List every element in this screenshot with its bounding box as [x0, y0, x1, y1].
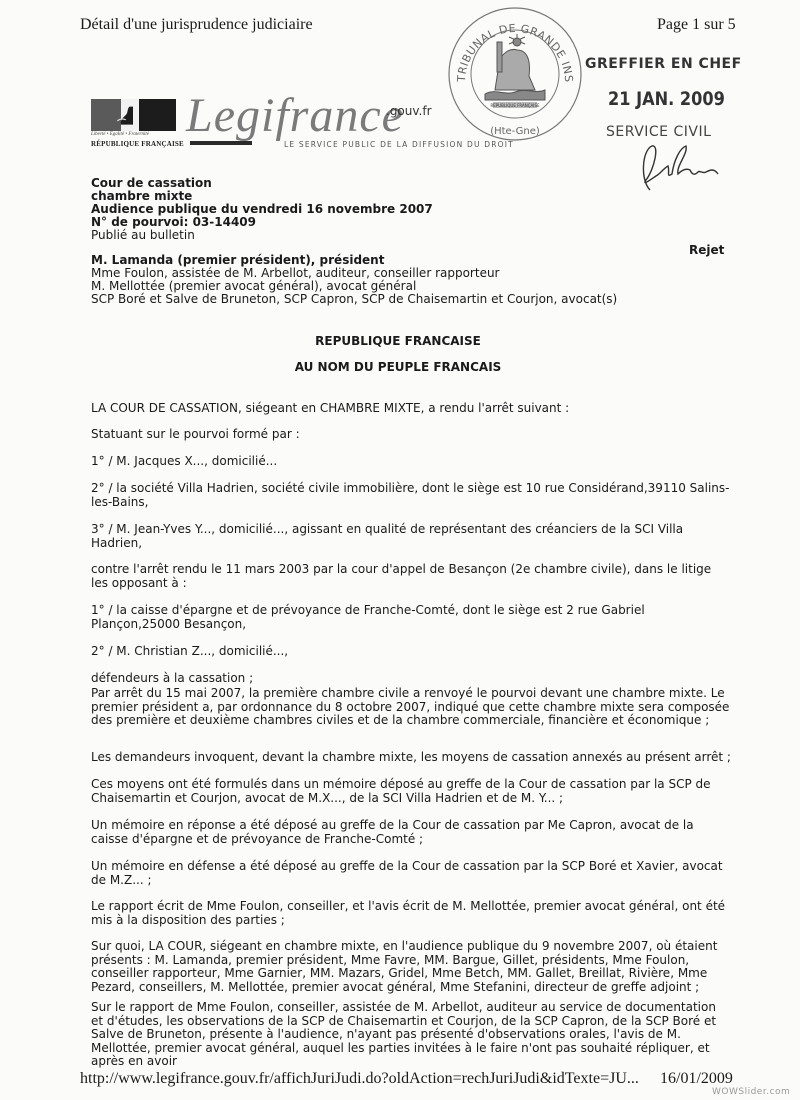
stamp-greffier: GREFFIER EN CHEF: [585, 56, 742, 72]
court-stamp-icon: TRIBUNAL DE GRANDE INSTANCE DE TOULOUSE …: [445, 4, 585, 144]
paragraph: 2° / M. Christian Z..., domicilié...,: [91, 645, 731, 659]
stamp-date: 21 JAN. 2009: [608, 88, 725, 110]
heading-people: AU NOM DU PEUPLE FRANCAIS: [0, 360, 798, 374]
marianne-logo: Liberté • Égalité • Fraternité RÉPUBLIQU…: [91, 99, 176, 151]
stamp-service: SERVICE CIVIL: [606, 124, 711, 140]
stamp-inner-text: REPUBLIQUE FRANÇAISE: [490, 103, 540, 108]
paragraph: Sur le rapport de Mme Foulon, conseiller…: [91, 1001, 731, 1069]
legifrance-logo: Legifrance: [186, 92, 404, 140]
paragraph: Les demandeurs invoquent, devant la cham…: [91, 751, 731, 765]
case-info: Cour de cassation chambre mixte Audience…: [91, 177, 731, 242]
paragraph: LA COUR DE CASSATION, siégeant en CHAMBR…: [91, 402, 731, 416]
document-title: Détail d'une jurisprudence judiciaire: [80, 16, 313, 34]
paragraph: 3° / M. Jean-Yves Y..., domicilié..., ag…: [91, 523, 731, 550]
footer-url: http://www.legifrance.gouv.fr/affichJuri…: [80, 1070, 639, 1088]
paragraph: Le rapport écrit de Mme Foulon, conseill…: [91, 900, 731, 927]
publication-status: Publié au bulletin: [91, 229, 731, 242]
paragraph: défendeurs à la cassation ;: [91, 672, 731, 686]
watermark: WOWSlider.com: [712, 1087, 790, 1097]
paragraph: 1° / M. Jacques X..., domicilié...: [91, 455, 731, 469]
lawyers: SCP Boré et Salve de Bruneton, SCP Capro…: [91, 293, 731, 306]
tricolor-flag-icon: [91, 99, 176, 131]
heading-republic: REPUBLIQUE FRANCAISE: [0, 334, 798, 348]
logo-motto: Liberté • Égalité • Fraternité: [91, 132, 149, 137]
paragraph: Par arrêt du 15 mai 2007, la première ch…: [91, 687, 731, 728]
paragraph: Un mémoire en réponse a été déposé au gr…: [91, 819, 731, 846]
paragraph: Ces moyens ont été formulés dans un mémo…: [91, 778, 731, 805]
paragraph: Un mémoire en défense a été déposé au gr…: [91, 860, 731, 887]
footer-date: 16/01/2009: [660, 1070, 733, 1088]
logo-domain: .gouv.fr: [386, 104, 432, 118]
paragraph: 2° / la société Villa Hadrien, société c…: [91, 482, 731, 509]
paragraph: Statuant sur le pourvoi formé par :: [91, 428, 731, 442]
paragraph: Sur quoi, LA COUR, siégeant en chambre m…: [91, 940, 731, 994]
paragraph: 1° / la caisse d'épargne et de prévoyanc…: [91, 604, 731, 631]
paragraph: contre l'arrêt rendu le 11 mars 2003 par…: [91, 563, 731, 590]
judges-info: M. Lamanda (premier président), présiden…: [91, 254, 731, 306]
page-indicator: Page 1 sur 5: [657, 16, 736, 34]
logo-republic: RÉPUBLIQUE FRANÇAISE: [91, 140, 184, 148]
stamp-bottom-text: (Hte-Gne): [490, 126, 540, 137]
